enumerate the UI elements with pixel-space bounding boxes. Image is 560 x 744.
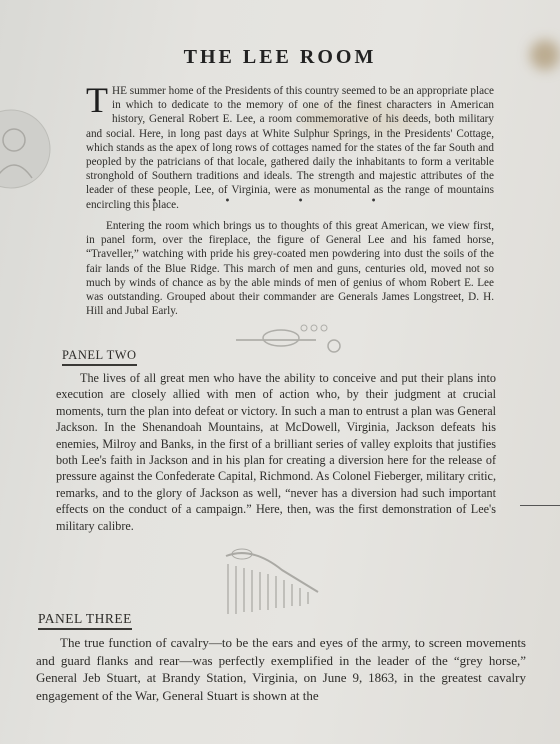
cannon-sketch-icon	[236, 318, 346, 354]
intro-text: HE summer home of the Presidents of this…	[86, 85, 494, 211]
ornament-divider: • • • •	[0, 196, 560, 207]
intro-paragraph: THE summer home of the Presidents of thi…	[86, 84, 494, 212]
panel-three-heading: PANEL THREE	[38, 611, 132, 630]
margin-rule	[520, 505, 560, 506]
panel-two-paragraph: The lives of all great men who have the …	[56, 370, 496, 534]
page-title: THE LEE ROOM	[0, 46, 560, 69]
portrait-medallion-icon	[0, 108, 52, 190]
panel-three-paragraph: The true function of cavalry—to be the e…	[36, 634, 526, 704]
panel-one-paragraph: Entering the room which brings us to tho…	[86, 219, 494, 318]
panel-two-heading: PANEL TWO	[62, 348, 137, 366]
drop-cap: T	[86, 86, 108, 114]
fence-sketch-icon	[222, 536, 322, 616]
